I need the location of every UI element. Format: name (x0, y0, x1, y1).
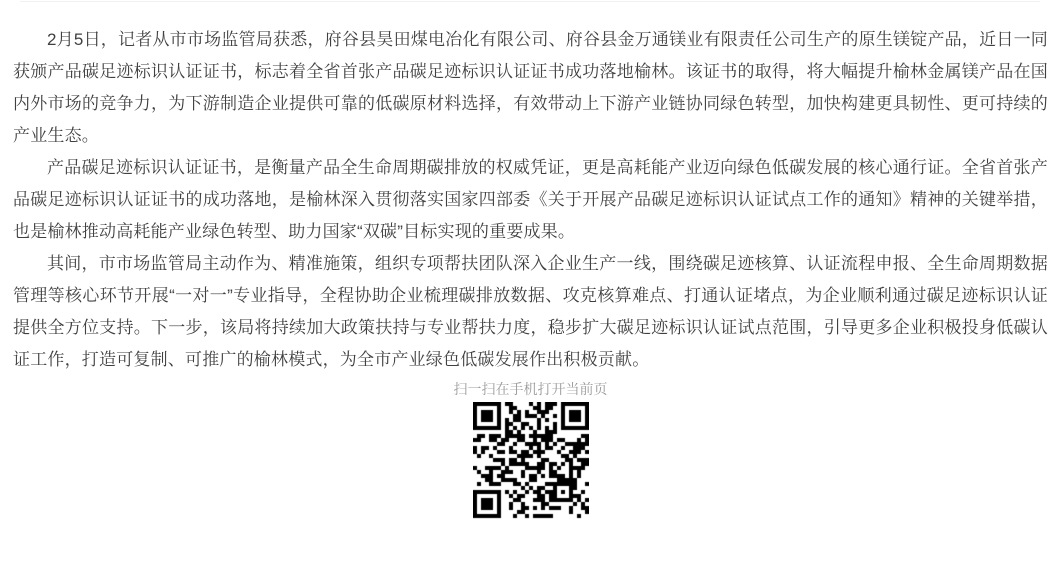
article-body: 2月5日，记者从市市场监管局获悉，府谷县昊田煤电冶化有限公司、府谷县金万通镁业有… (13, 24, 1048, 376)
qr-section: 扫一扫在手机打开当前页 (0, 380, 1061, 525)
qr-code-image (473, 402, 589, 520)
article-paragraph: 2月5日，记者从市市场监管局获悉，府谷县昊田煤电冶化有限公司、府谷县金万通镁业有… (13, 24, 1048, 152)
article-paragraph: 其间，市市场监管局主动作为、精准施策，组织专项帮扶团队深入企业生产一线，围绕碳足… (13, 248, 1048, 376)
article-paragraph: 产品碳足迹标识认证证书，是衡量产品全生命周期碳排放的权威凭证，更是高耗能产业迈向… (13, 152, 1048, 248)
top-divider (20, 1, 1040, 2)
qr-caption: 扫一扫在手机打开当前页 (0, 380, 1061, 398)
